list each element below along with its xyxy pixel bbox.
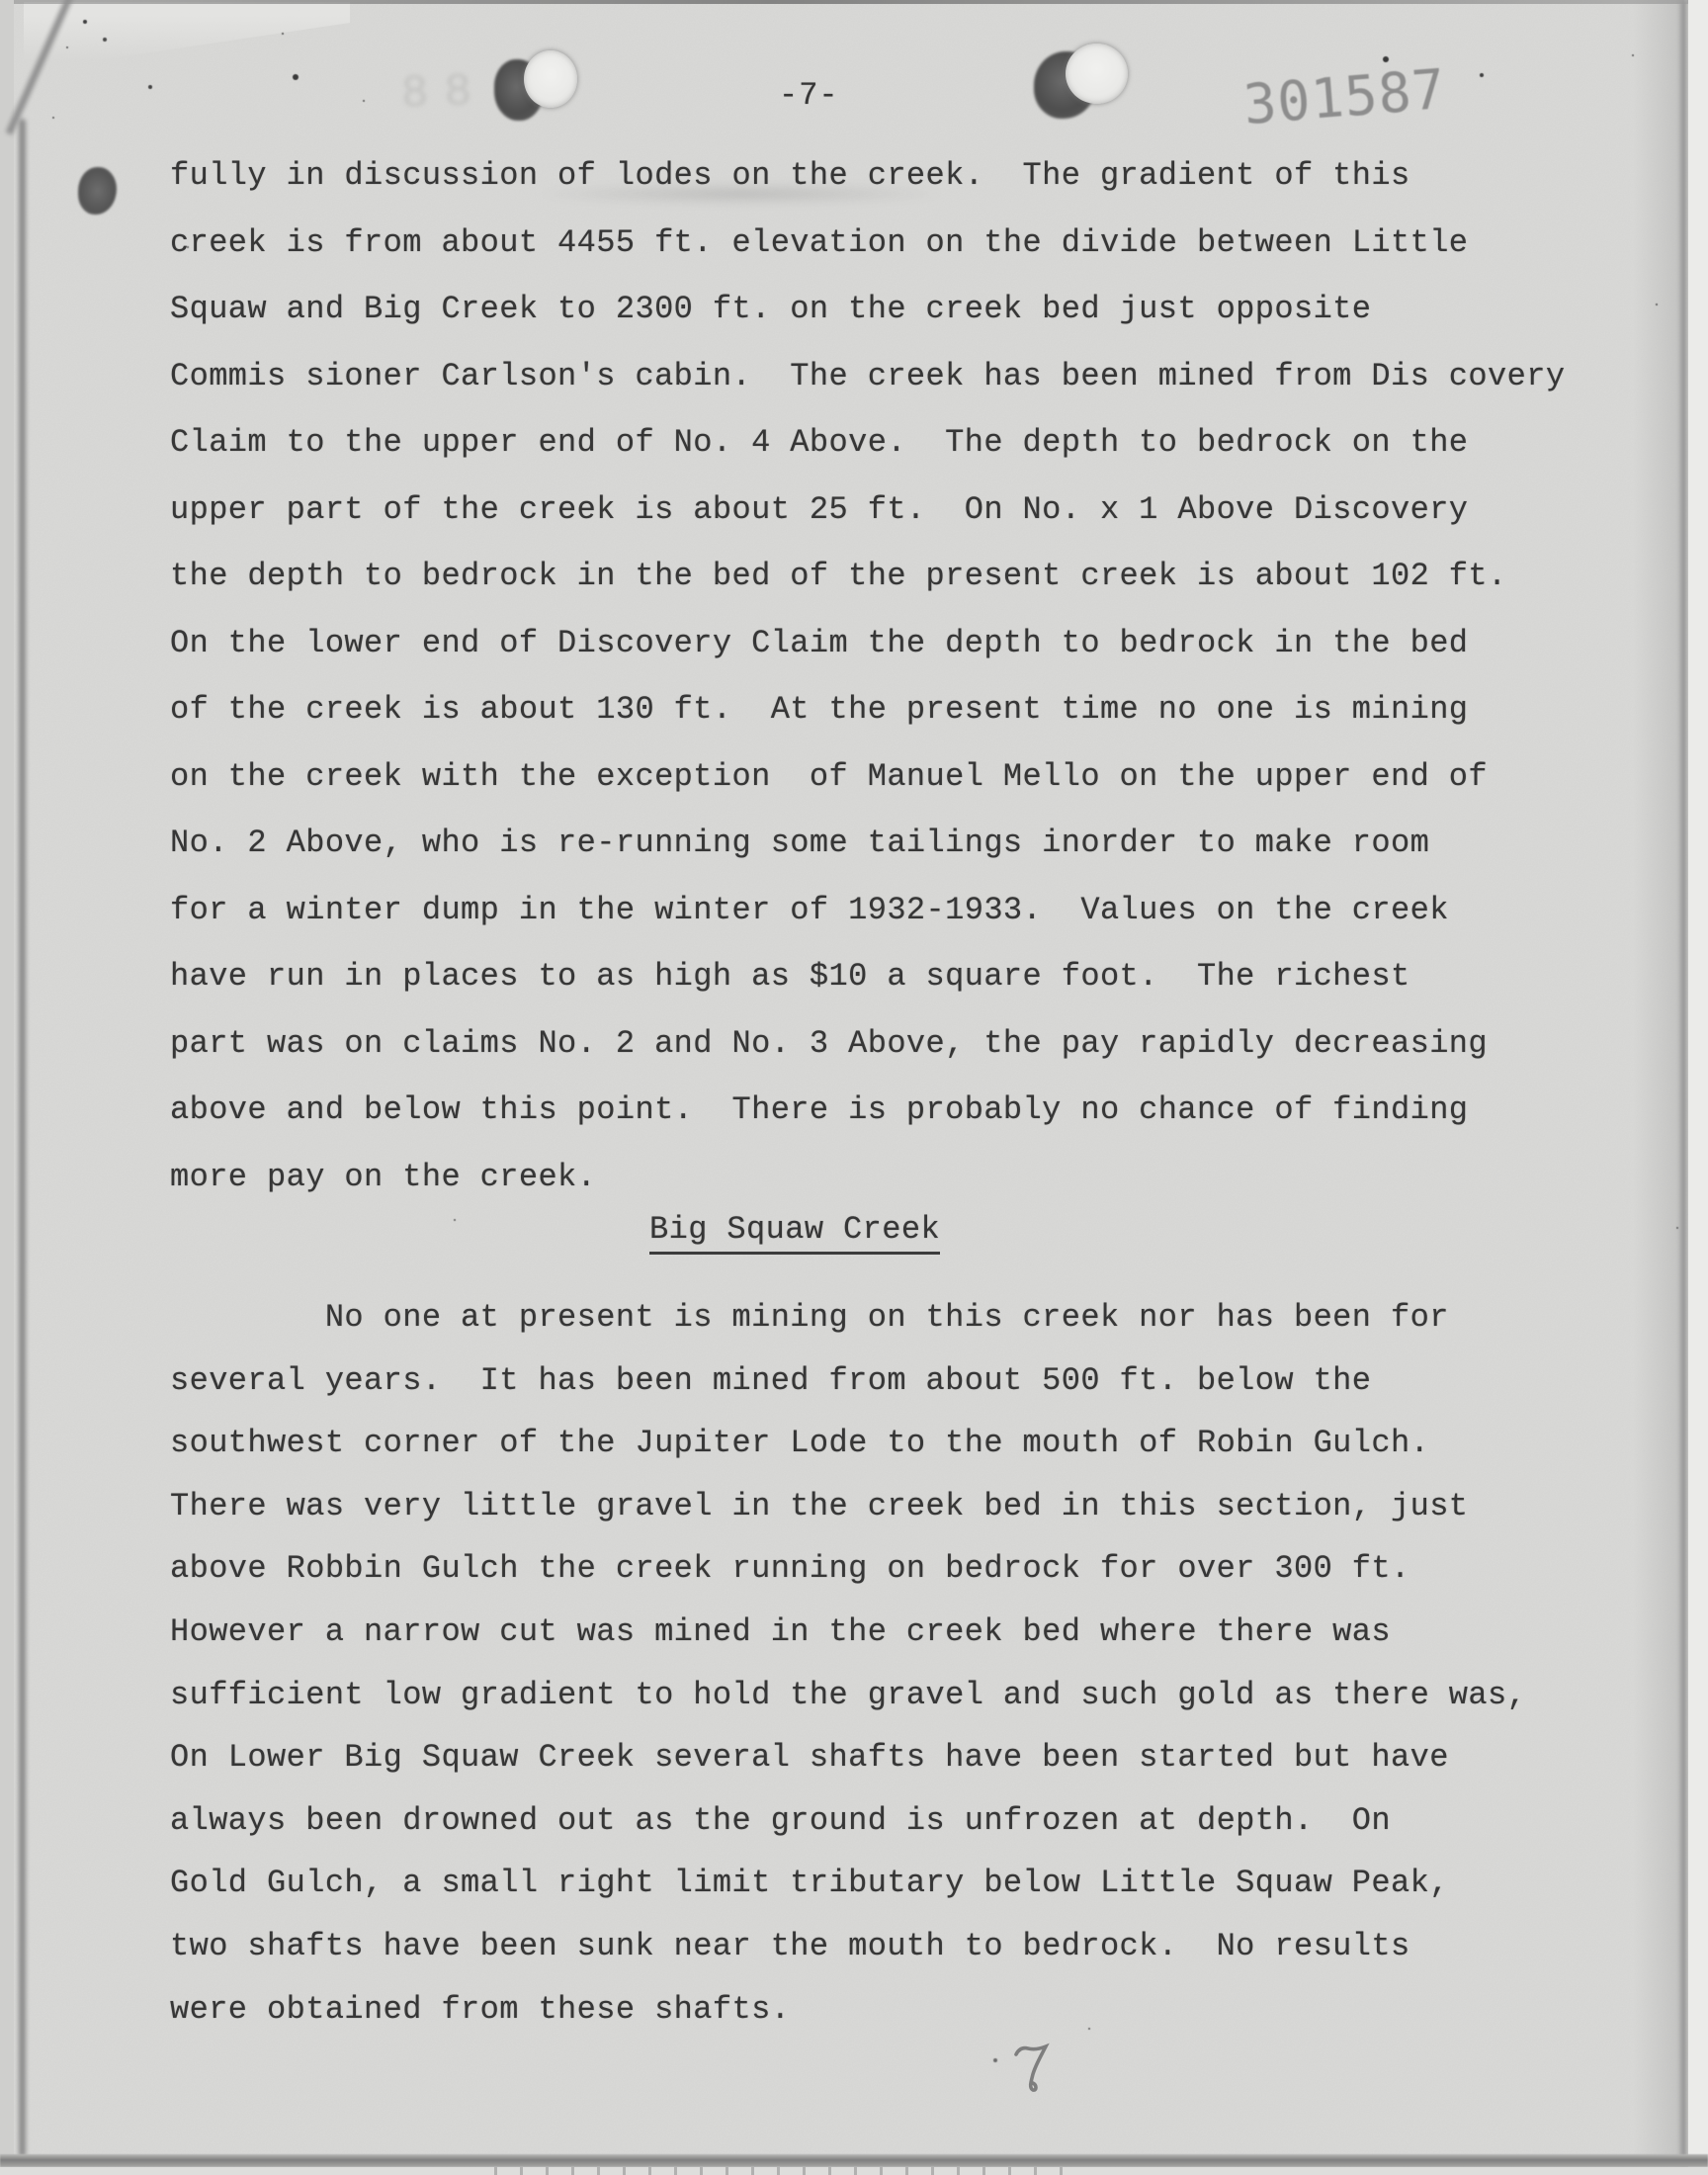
text-line: On Lower Big Squaw Creek several shafts … [170,1726,1526,1789]
text-line: have run in places to as high as $10 a s… [170,943,1565,1010]
page-bottom-edge-shadow [0,2154,1708,2167]
text-line: above and below this point. There is pro… [170,1077,1565,1144]
text-line: two shafts have been sunk near the mouth… [170,1915,1526,1978]
hole-punch-mark-right [1066,43,1128,104]
paragraph-2: No one at present is mining on this cree… [170,1286,1526,2041]
text-line: for a winter dump in the winter of 1932-… [170,877,1565,944]
text-line: fully in discussion of lodes on the cree… [170,142,1565,210]
hole-punch-mark-left [524,50,577,108]
text-line: were obtained from these shafts. [170,1978,1526,2042]
text-line: Claim to the upper end of No. 4 Above. T… [170,409,1565,477]
handwritten-page-number [1010,2039,1056,2107]
paper-specks [0,0,4,4]
section-heading: Big Squaw Creek [649,1211,940,1248]
text-line: southwest corner of the Jupiter Lode to … [170,1412,1526,1475]
text-line: No one at present is mining on this cree… [170,1286,1526,1349]
scan-bottom-streaks [494,2167,1067,2175]
page-right-shading [1633,0,1684,2160]
scan-right-margin [1688,0,1708,2175]
page-left-edge-shadow [19,119,26,2157]
text-line: sufficient low gradient to hold the grav… [170,1664,1526,1727]
text-line: No. 2 Above, who is re-running some tail… [170,810,1565,877]
text-line: Squaw and Big Creek to 2300 ft. on the c… [170,276,1565,343]
text-line: above Robbin Gulch the creek running on … [170,1537,1526,1601]
text-line: always been drowned out as the ground is… [170,1789,1526,1853]
paragraph-1: fully in discussion of lodes on the cree… [170,142,1565,1210]
page-corner-highlight [24,2,350,71]
text-line: upper part of the creek is about 25 ft. … [170,477,1565,544]
text-line: several years. It has been mined from ab… [170,1349,1526,1413]
section-heading-text: Big Squaw Creek [649,1211,940,1255]
text-line: Commis sioner Carlson's cabin. The creek… [170,343,1565,410]
page-right-edge-shadow [1680,0,1687,2165]
text-line: creek is from about 4455 ft. elevation o… [170,210,1565,277]
text-line: There was very little gravel in the cree… [170,1475,1526,1538]
text-line: Gold Gulch, a small right limit tributar… [170,1852,1526,1915]
stamp-number: 301587 [1241,57,1448,136]
text-line: On the lower end of Discovery Claim the … [170,610,1565,677]
scan-top-edge [0,0,1708,4]
text-line: part was on claims No. 2 and No. 3 Above… [170,1010,1565,1078]
text-line: However a narrow cut was mined in the cr… [170,1601,1526,1664]
text-line: the depth to bedrock in the bed of the p… [170,543,1565,610]
ghost-imprint: 88 [400,65,488,120]
handwritten-seven-glyph [1010,2039,1056,2102]
ink-blot [78,167,117,215]
scan-left-margin [0,0,14,2165]
scanned-document-page: 88 -7- 301587 fully in discussion of lod… [0,0,1708,2175]
text-line: more pay on the creek. [170,1144,1565,1211]
page-number-top: -7- [779,77,839,114]
text-line: of the creek is about 130 ft. At the pre… [170,676,1565,743]
text-line: on the creek with the exception of Manue… [170,743,1565,811]
